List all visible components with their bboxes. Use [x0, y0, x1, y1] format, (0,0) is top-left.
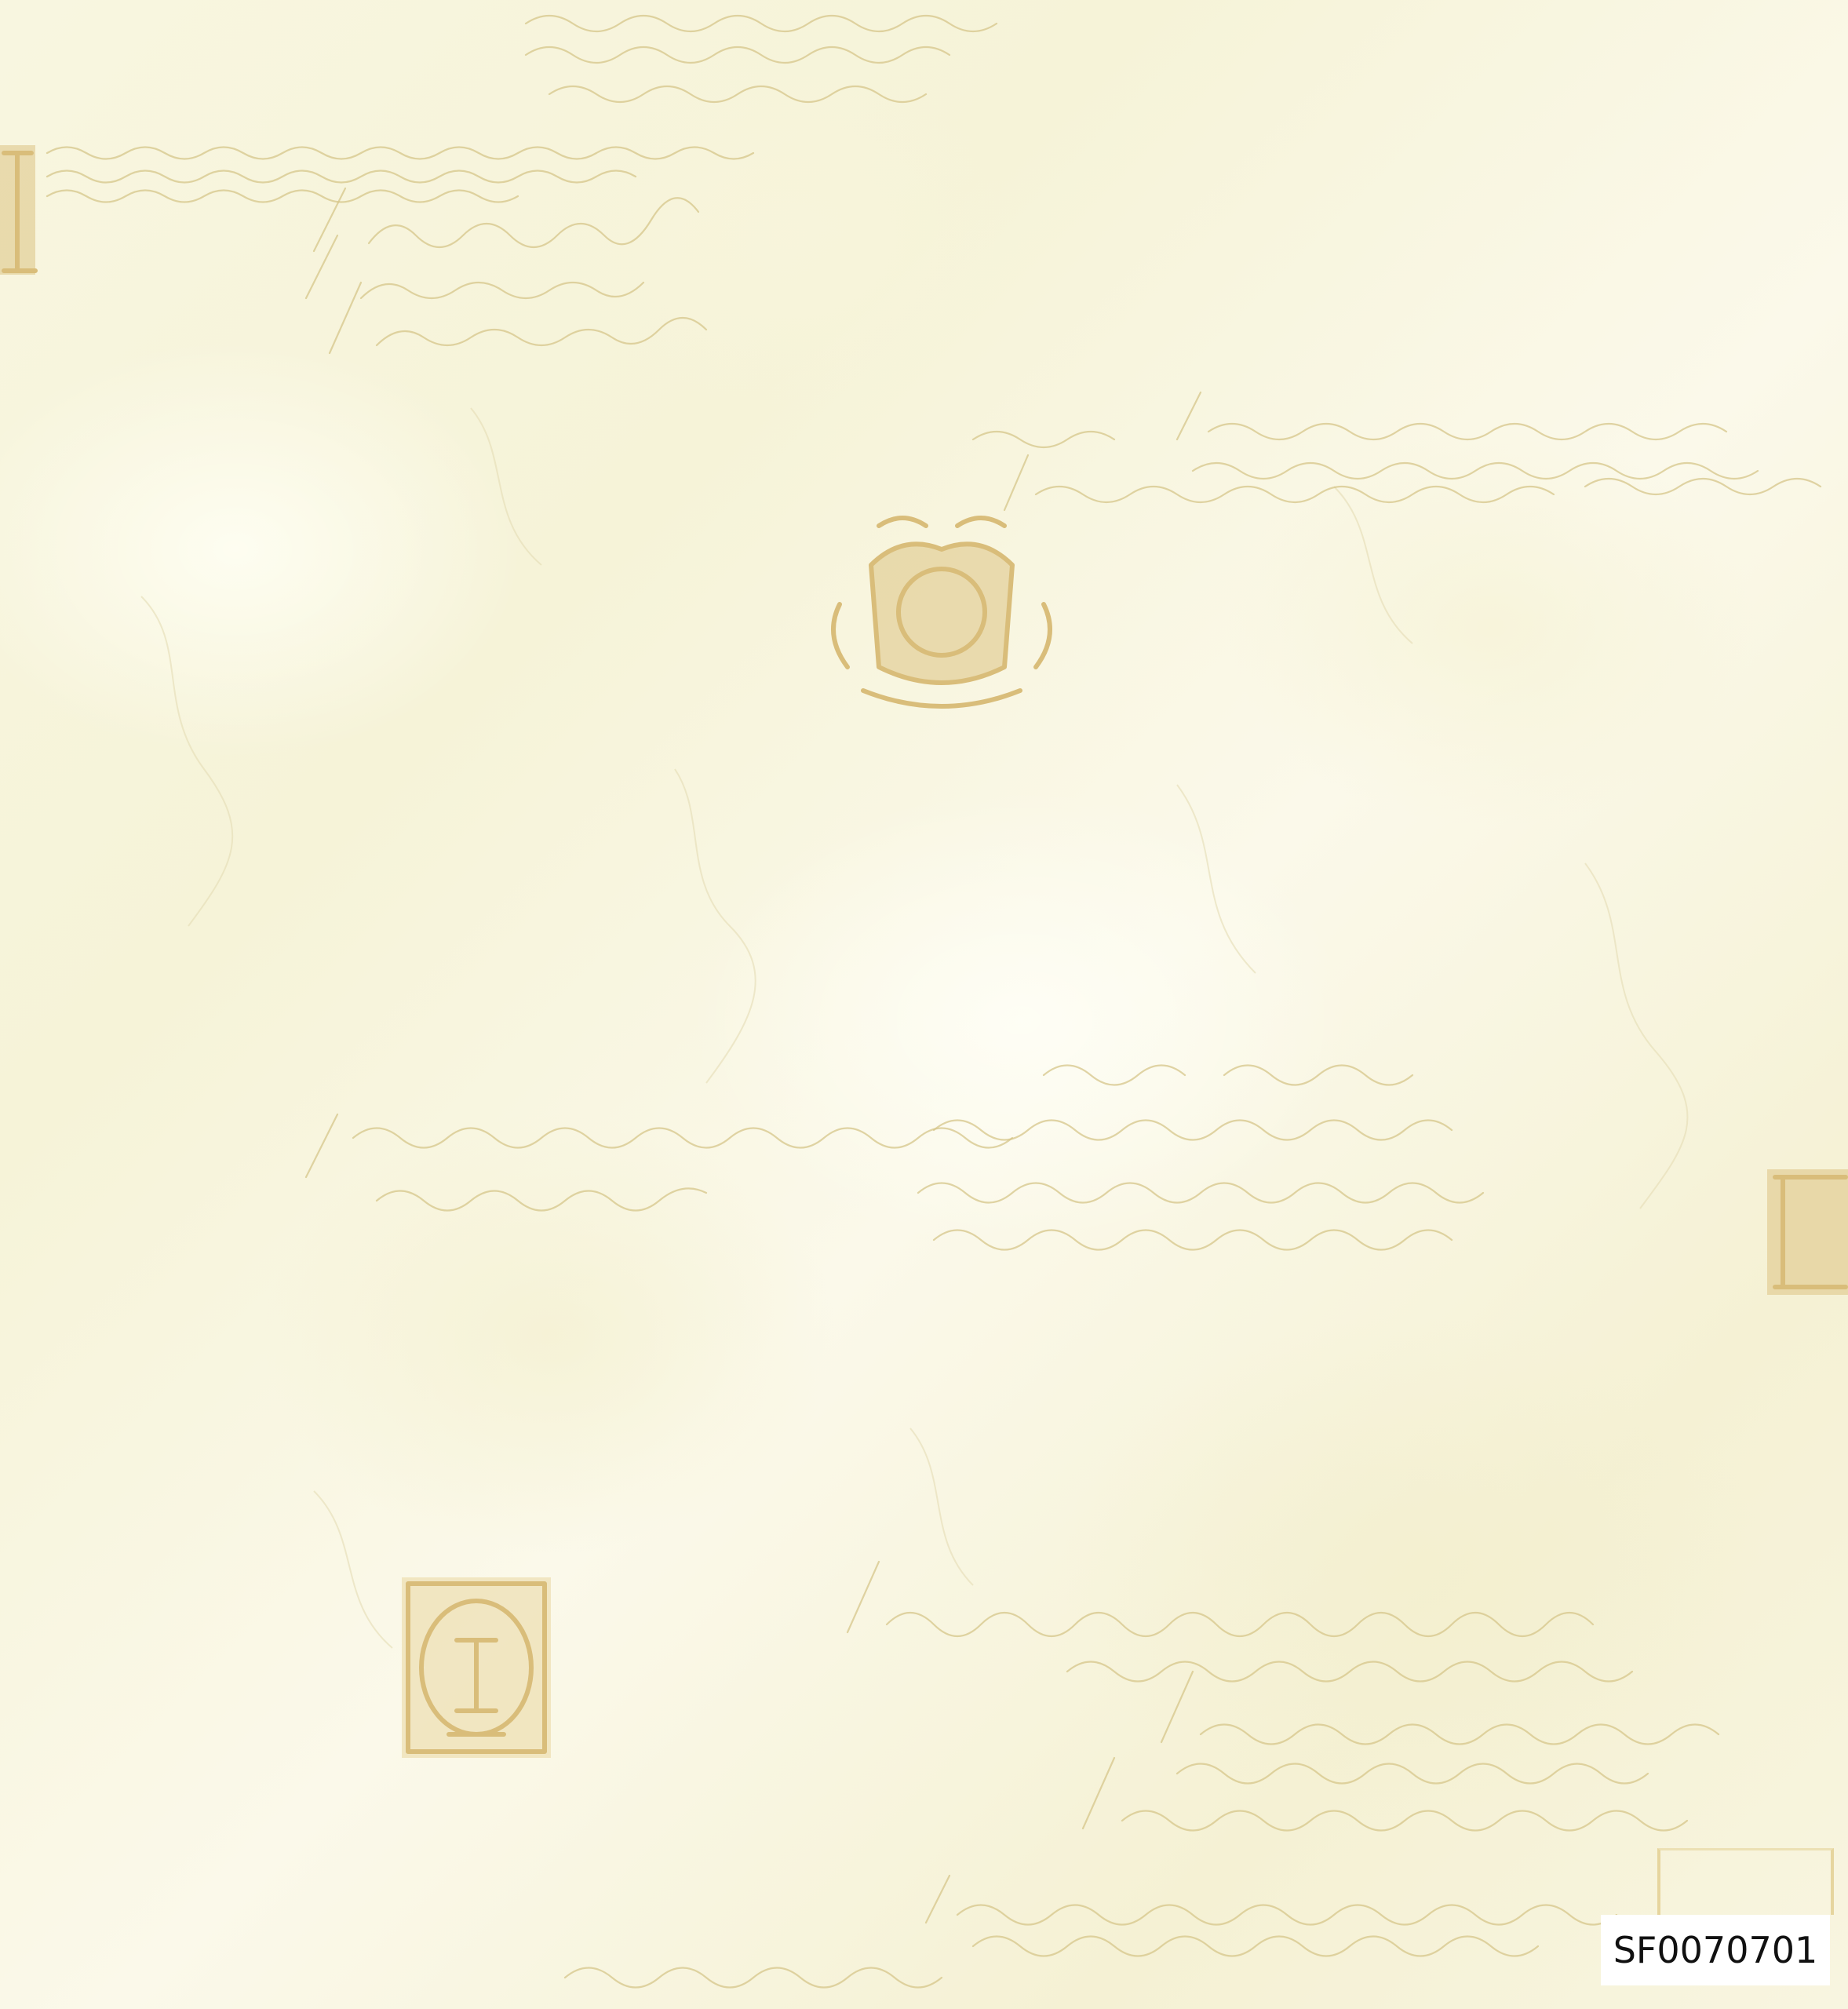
crest-edge-right-icon [1767, 1169, 1848, 1295]
coat-of-arms-crest-icon [833, 518, 1050, 706]
faded-rubber-stamp [1657, 1848, 1834, 1915]
crest-edge-left-icon [0, 145, 35, 275]
ornaments [0, 0, 1848, 2009]
product-code-label: SF0070701 [1601, 1915, 1830, 1985]
postage-stamp-icon [402, 1577, 551, 1758]
